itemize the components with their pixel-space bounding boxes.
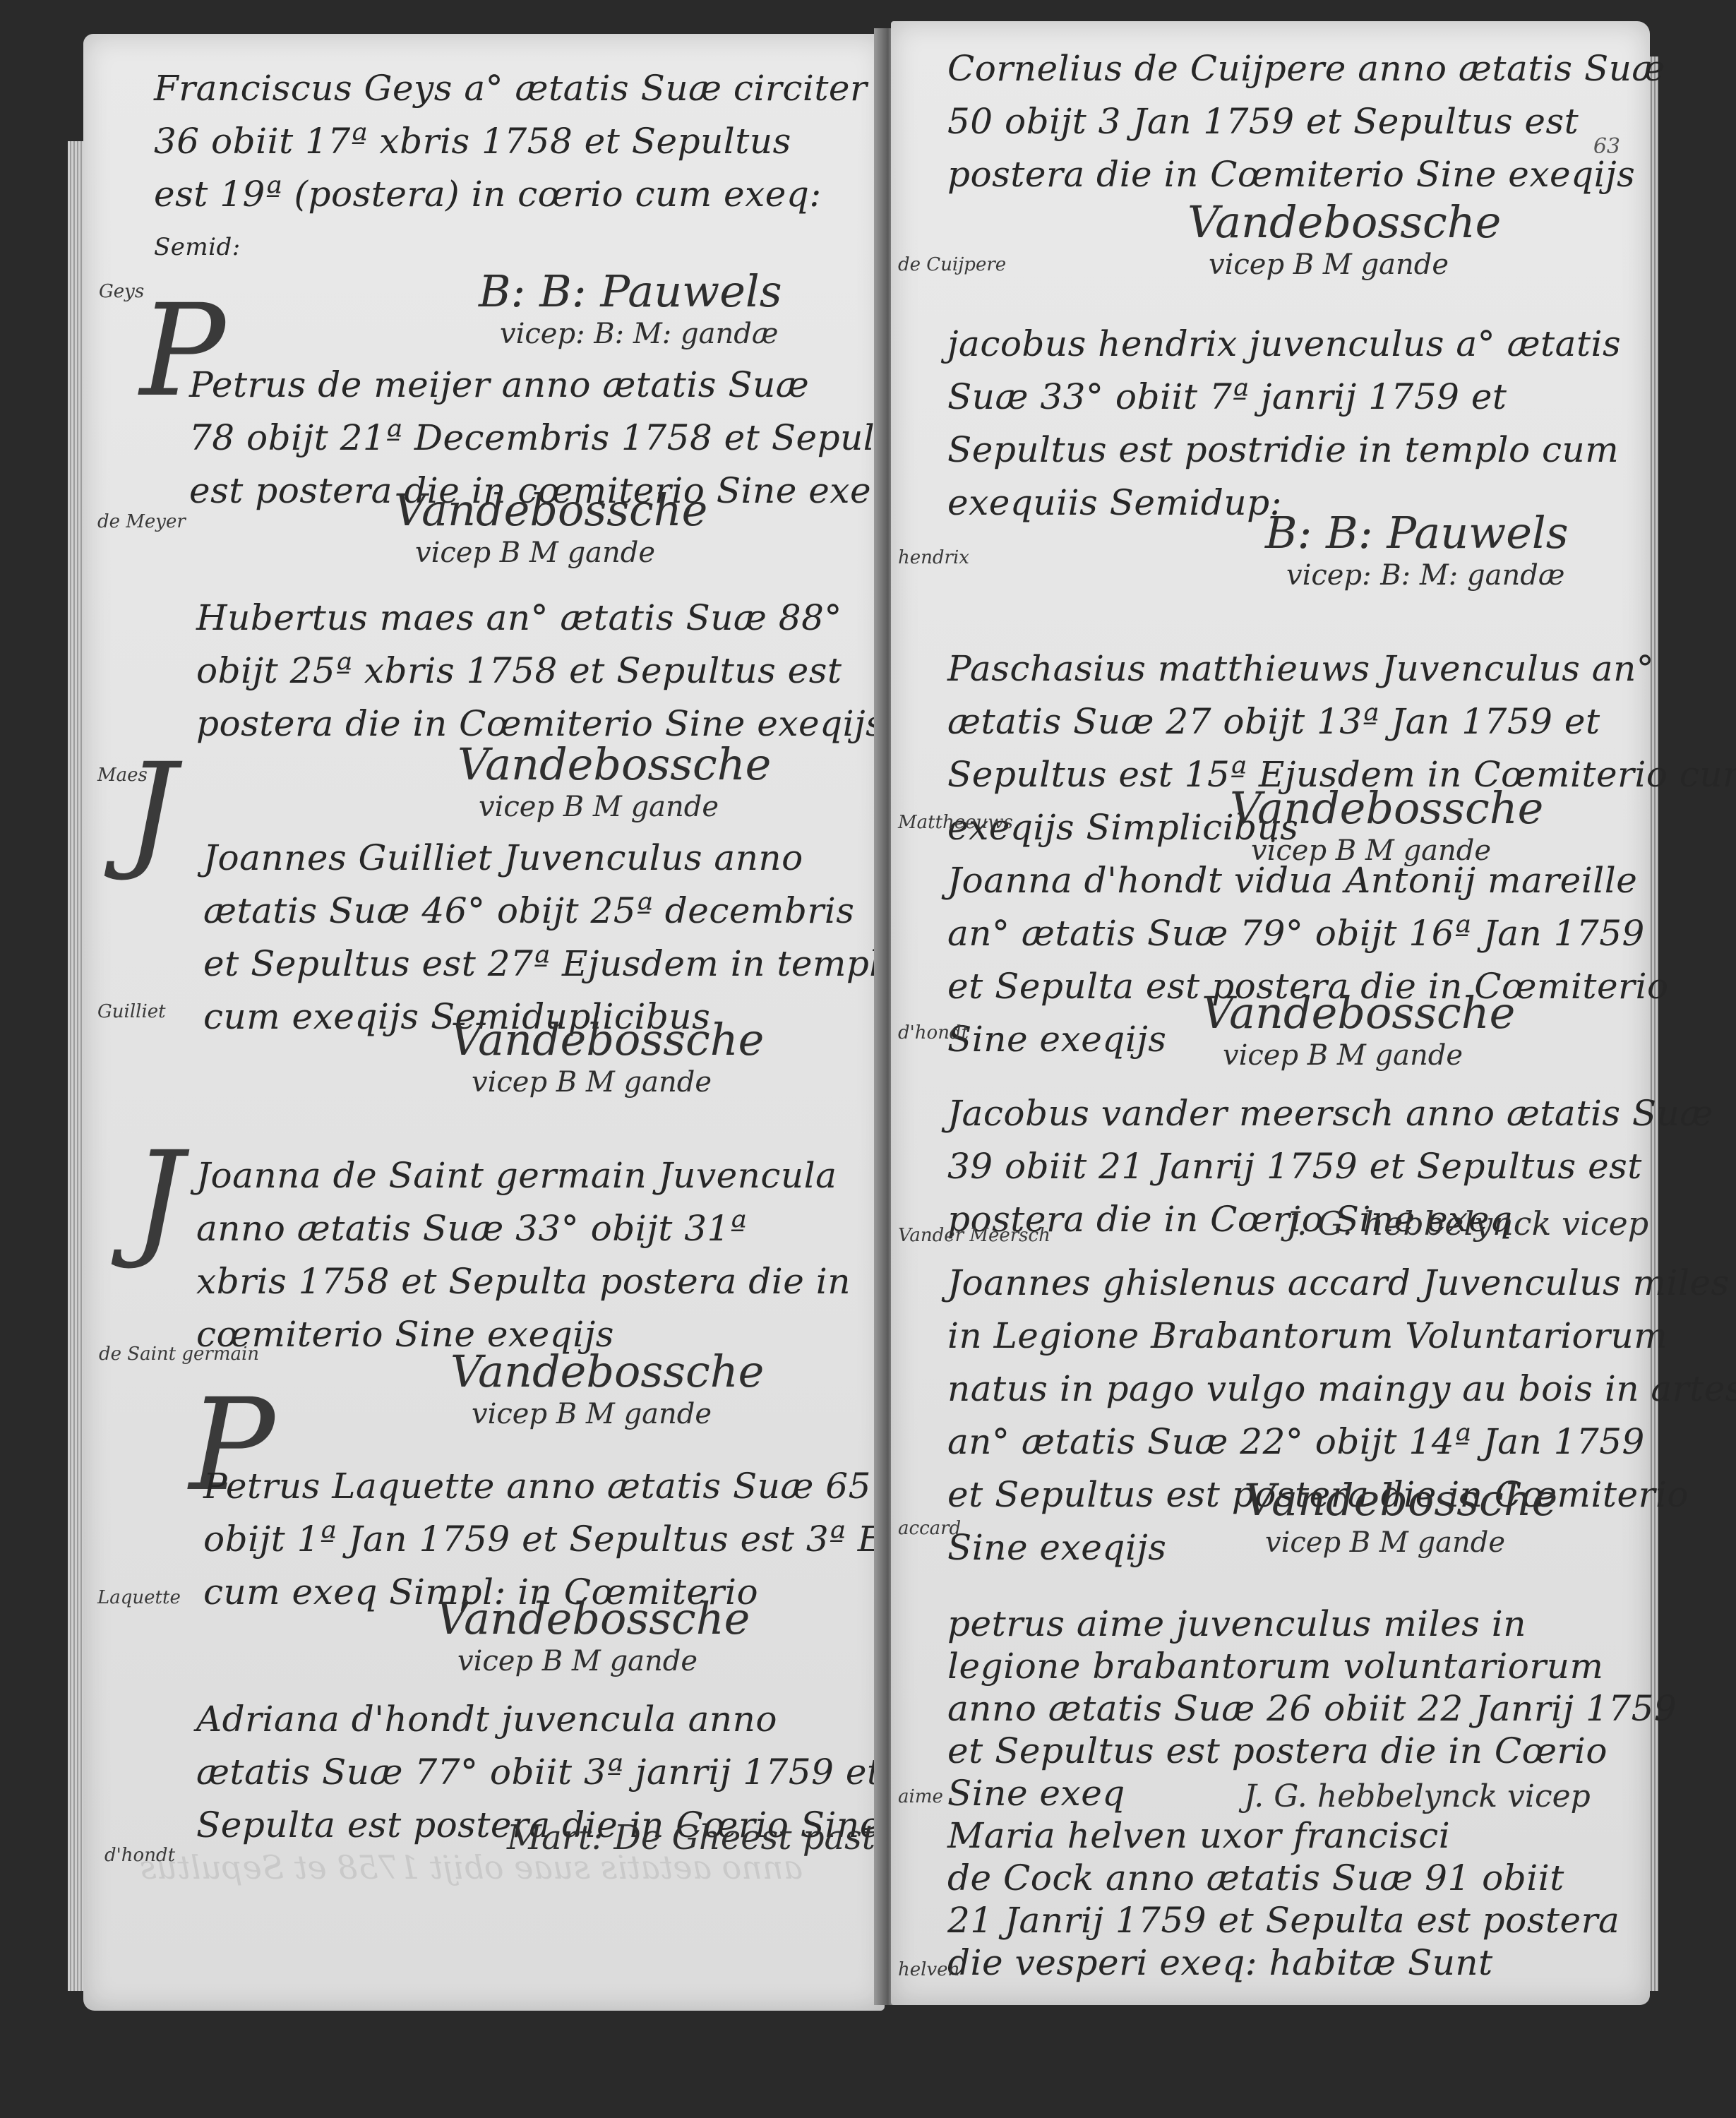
- margin-surname: hendrix: [898, 547, 969, 568]
- signature: Vandebossche vicep B M gande: [450, 1015, 764, 1100]
- entry-line: postera die in Cœmiterio Sine exeqijs: [947, 148, 1665, 201]
- entry-line: natus in pago vulgo maingy au bois in ar…: [947, 1363, 1736, 1416]
- signature: Vandebossche vicep B M gande: [457, 740, 771, 825]
- margin-surname: Geys: [99, 281, 144, 302]
- entry-line: Jacobus vander meersch anno ætatis Suæ: [947, 1087, 1713, 1140]
- burial-entry: Joannes Guilliet Juvenculus anno ætatis …: [203, 832, 903, 1043]
- signature-name: Vandebossche: [450, 1015, 764, 1065]
- burial-entry: Cornelius de Cuijpere anno ætatis Suæ 50…: [947, 42, 1665, 201]
- signature-title: vicep: B: M: gandæ: [1265, 558, 1569, 593]
- signature-name: Vandebossche: [436, 1594, 750, 1644]
- entry-line: Joannes ghislenus accard Juvenculus mile…: [947, 1257, 1736, 1310]
- signature-title: vicep B M gande: [1187, 247, 1501, 282]
- entry-line: Franciscus Geys a° ætatis Suæ circiter: [154, 62, 867, 115]
- margin-surname: Laquette: [97, 1587, 181, 1608]
- signature-title: vicep B M gande: [450, 1396, 764, 1432]
- entry-line: Sepultus est postridie in templo cum: [947, 424, 1621, 477]
- entry-line: et Sepultus est 27ª Ejusdem in templo: [203, 938, 903, 991]
- signature-title: vicep B M gande: [1244, 1525, 1557, 1560]
- signature: B: B: Pauwels vicep: B: M: gandæ: [1265, 508, 1569, 593]
- signature: Vandebossche vicep B M gande: [436, 1594, 750, 1679]
- margin-surname: de Meyer: [97, 511, 186, 532]
- margin-surname: d'hondt: [104, 1845, 175, 1866]
- entry-line: Paschasius matthieuws Juvenculus an°: [947, 642, 1736, 695]
- entry-line: de Cock anno ætatis Suæ 91 obiit: [947, 1857, 1620, 1899]
- signature-name: Mart: De Gheest pastor: [507, 1813, 912, 1862]
- entry-line: Joannes Guilliet Juvenculus anno: [203, 832, 903, 885]
- signature: B: B: Pauwels vicep: B: M: gandæ: [479, 267, 782, 352]
- entry-line: Joanna d'hondt vidua Antonij mareille: [947, 854, 1669, 907]
- entry-line: Suæ 33° obiit 7ª janrij 1759 et: [947, 371, 1621, 424]
- entry-line: anno ætatis Suæ 26 obiit 22 Janrij 1759: [947, 1687, 1677, 1730]
- burial-entry: Hubertus maes an° ætatis Suæ 88° obijt 2…: [196, 592, 884, 750]
- entry-line: legione brabantorum voluntariorum: [947, 1645, 1677, 1687]
- entry-line: 50 obijt 3 Jan 1759 et Sepultus est: [947, 95, 1665, 148]
- entry-line: est 19ª (postera) in cœrio cum exeq:: [154, 168, 867, 221]
- signature-name: Vandebossche: [1202, 988, 1515, 1038]
- entry-line: in Legione Brabantorum Voluntariorum: [947, 1310, 1736, 1363]
- signature: Vandebossche vicep B M gande: [1244, 1476, 1557, 1560]
- signature: Vandebossche vicep B M gande: [450, 1347, 764, 1432]
- signature-title: vicep: B: M: gandæ: [479, 316, 782, 352]
- entry-line: 36 obiit 17ª xbris 1758 et Sepultus: [154, 115, 867, 168]
- margin-surname: de Saint germain: [99, 1344, 259, 1365]
- signature-title: vicep B M gande: [457, 789, 771, 825]
- burial-entry: Maria helven uxor francisci de Cock anno…: [947, 1814, 1620, 1984]
- entry-line: an° ætatis Suæ 79° obijt 16ª Jan 1759: [947, 907, 1669, 960]
- entry-line: petrus aime juvenculus miles in: [947, 1603, 1677, 1645]
- entry-line: obijt 25ª xbris 1758 et Sepultus est: [196, 645, 884, 698]
- signature: Mart: De Gheest pastor: [507, 1813, 912, 1862]
- left-page: anno aetatis suae obijt 1758 et Sepultus…: [83, 34, 885, 2011]
- entry-line: Maria helven uxor francisci: [947, 1814, 1620, 1857]
- signature-name: Vandebossche: [394, 486, 707, 535]
- signature-title: vicep B M gande: [450, 1065, 764, 1100]
- signature-name: Vandebossche: [1244, 1476, 1557, 1525]
- margin-surname: accard: [898, 1518, 961, 1539]
- margin-surname: Mattheeuws: [898, 812, 1013, 833]
- burial-entry: jacobus hendrix juvenculus a° ætatis Suæ…: [947, 318, 1621, 529]
- entry-line: 78 obijt 21ª Decembris 1758 et Sepultus: [189, 412, 935, 465]
- signature: J. G. hebbelynck vicep: [1286, 1199, 1648, 1248]
- entry-line: Adriana d'hondt juvencula anno: [196, 1693, 990, 1746]
- signature-name: Vandebossche: [1230, 784, 1543, 833]
- margin-surname: helven: [898, 1959, 959, 1980]
- entry-line: 39 obiit 21 Janrij 1759 et Sepultus est: [947, 1140, 1713, 1193]
- entry-line: Petrus de meijer anno ætatis Suæ: [189, 359, 935, 412]
- margin-surname: Guilliet: [97, 1001, 166, 1022]
- signature: Vandebossche vicep B M gande: [1187, 198, 1501, 282]
- signature-name: B: B: Pauwels: [1265, 508, 1569, 558]
- burial-entry: Joanna de Saint germain Juvencula anno æ…: [196, 1149, 851, 1361]
- entry-line: ætatis Suæ 77° obiit 3ª janrij 1759 et: [196, 1746, 990, 1799]
- signature-name: B: B: Pauwels: [479, 267, 782, 316]
- entry-line: jacobus hendrix juvenculus a° ætatis: [947, 318, 1621, 371]
- entry-line: Joanna de Saint germain Juvencula: [196, 1149, 851, 1202]
- entry-line: ætatis Suæ 46° obijt 25ª decembris: [203, 885, 903, 938]
- entry-line: die vesperi exeq: habitæ Sunt: [947, 1941, 1620, 1984]
- signature-name: Vandebossche: [1187, 198, 1501, 247]
- right-page: 63 Cornelius de Cuijpere anno ætatis Suæ…: [891, 21, 1650, 2005]
- entry-line: anno ætatis Suæ 33° obijt 31ª: [196, 1202, 851, 1255]
- ornamental-initial: J: [126, 747, 176, 874]
- margin-surname: Vander Meersch: [898, 1225, 1050, 1246]
- ornamental-initial: J: [133, 1135, 184, 1262]
- margin-surname: aime: [898, 1786, 943, 1807]
- margin-surname: de Cuijpere: [898, 254, 1006, 275]
- entry-line: an° ætatis Suæ 22° obijt 14ª Jan 1759: [947, 1416, 1736, 1468]
- signature: Vandebossche vicep B M gande: [394, 486, 707, 570]
- entry-line: ætatis Suæ 27 obijt 13ª Jan 1759 et: [947, 695, 1736, 748]
- entry-line: Cornelius de Cuijpere anno ætatis Suæ: [947, 42, 1665, 95]
- signature-title: vicep B M gande: [394, 535, 707, 570]
- signature-name: J. G. hebbelynck vicep: [1286, 1199, 1648, 1248]
- entry-line: 21 Janrij 1759 et Sepulta est postera: [947, 1899, 1620, 1941]
- margin-surname: d'hondt: [898, 1022, 969, 1043]
- signature: Vandebossche vicep B M gande: [1202, 988, 1515, 1073]
- burial-entry: Franciscus Geys a° ætatis Suæ circiter 3…: [154, 62, 867, 274]
- entry-line: et Sepultus est postera die in Cœrio: [947, 1730, 1677, 1772]
- signature-title: vicep B M gande: [1202, 1038, 1515, 1073]
- entry-line: xbris 1758 et Sepulta postera die in: [196, 1255, 851, 1308]
- signature-title: vicep B M gande: [436, 1644, 750, 1679]
- signature-name: Vandebossche: [450, 1347, 764, 1396]
- entry-line: Hubertus maes an° ætatis Suæ 88°: [196, 592, 884, 645]
- signature-name: Vandebossche: [457, 740, 771, 789]
